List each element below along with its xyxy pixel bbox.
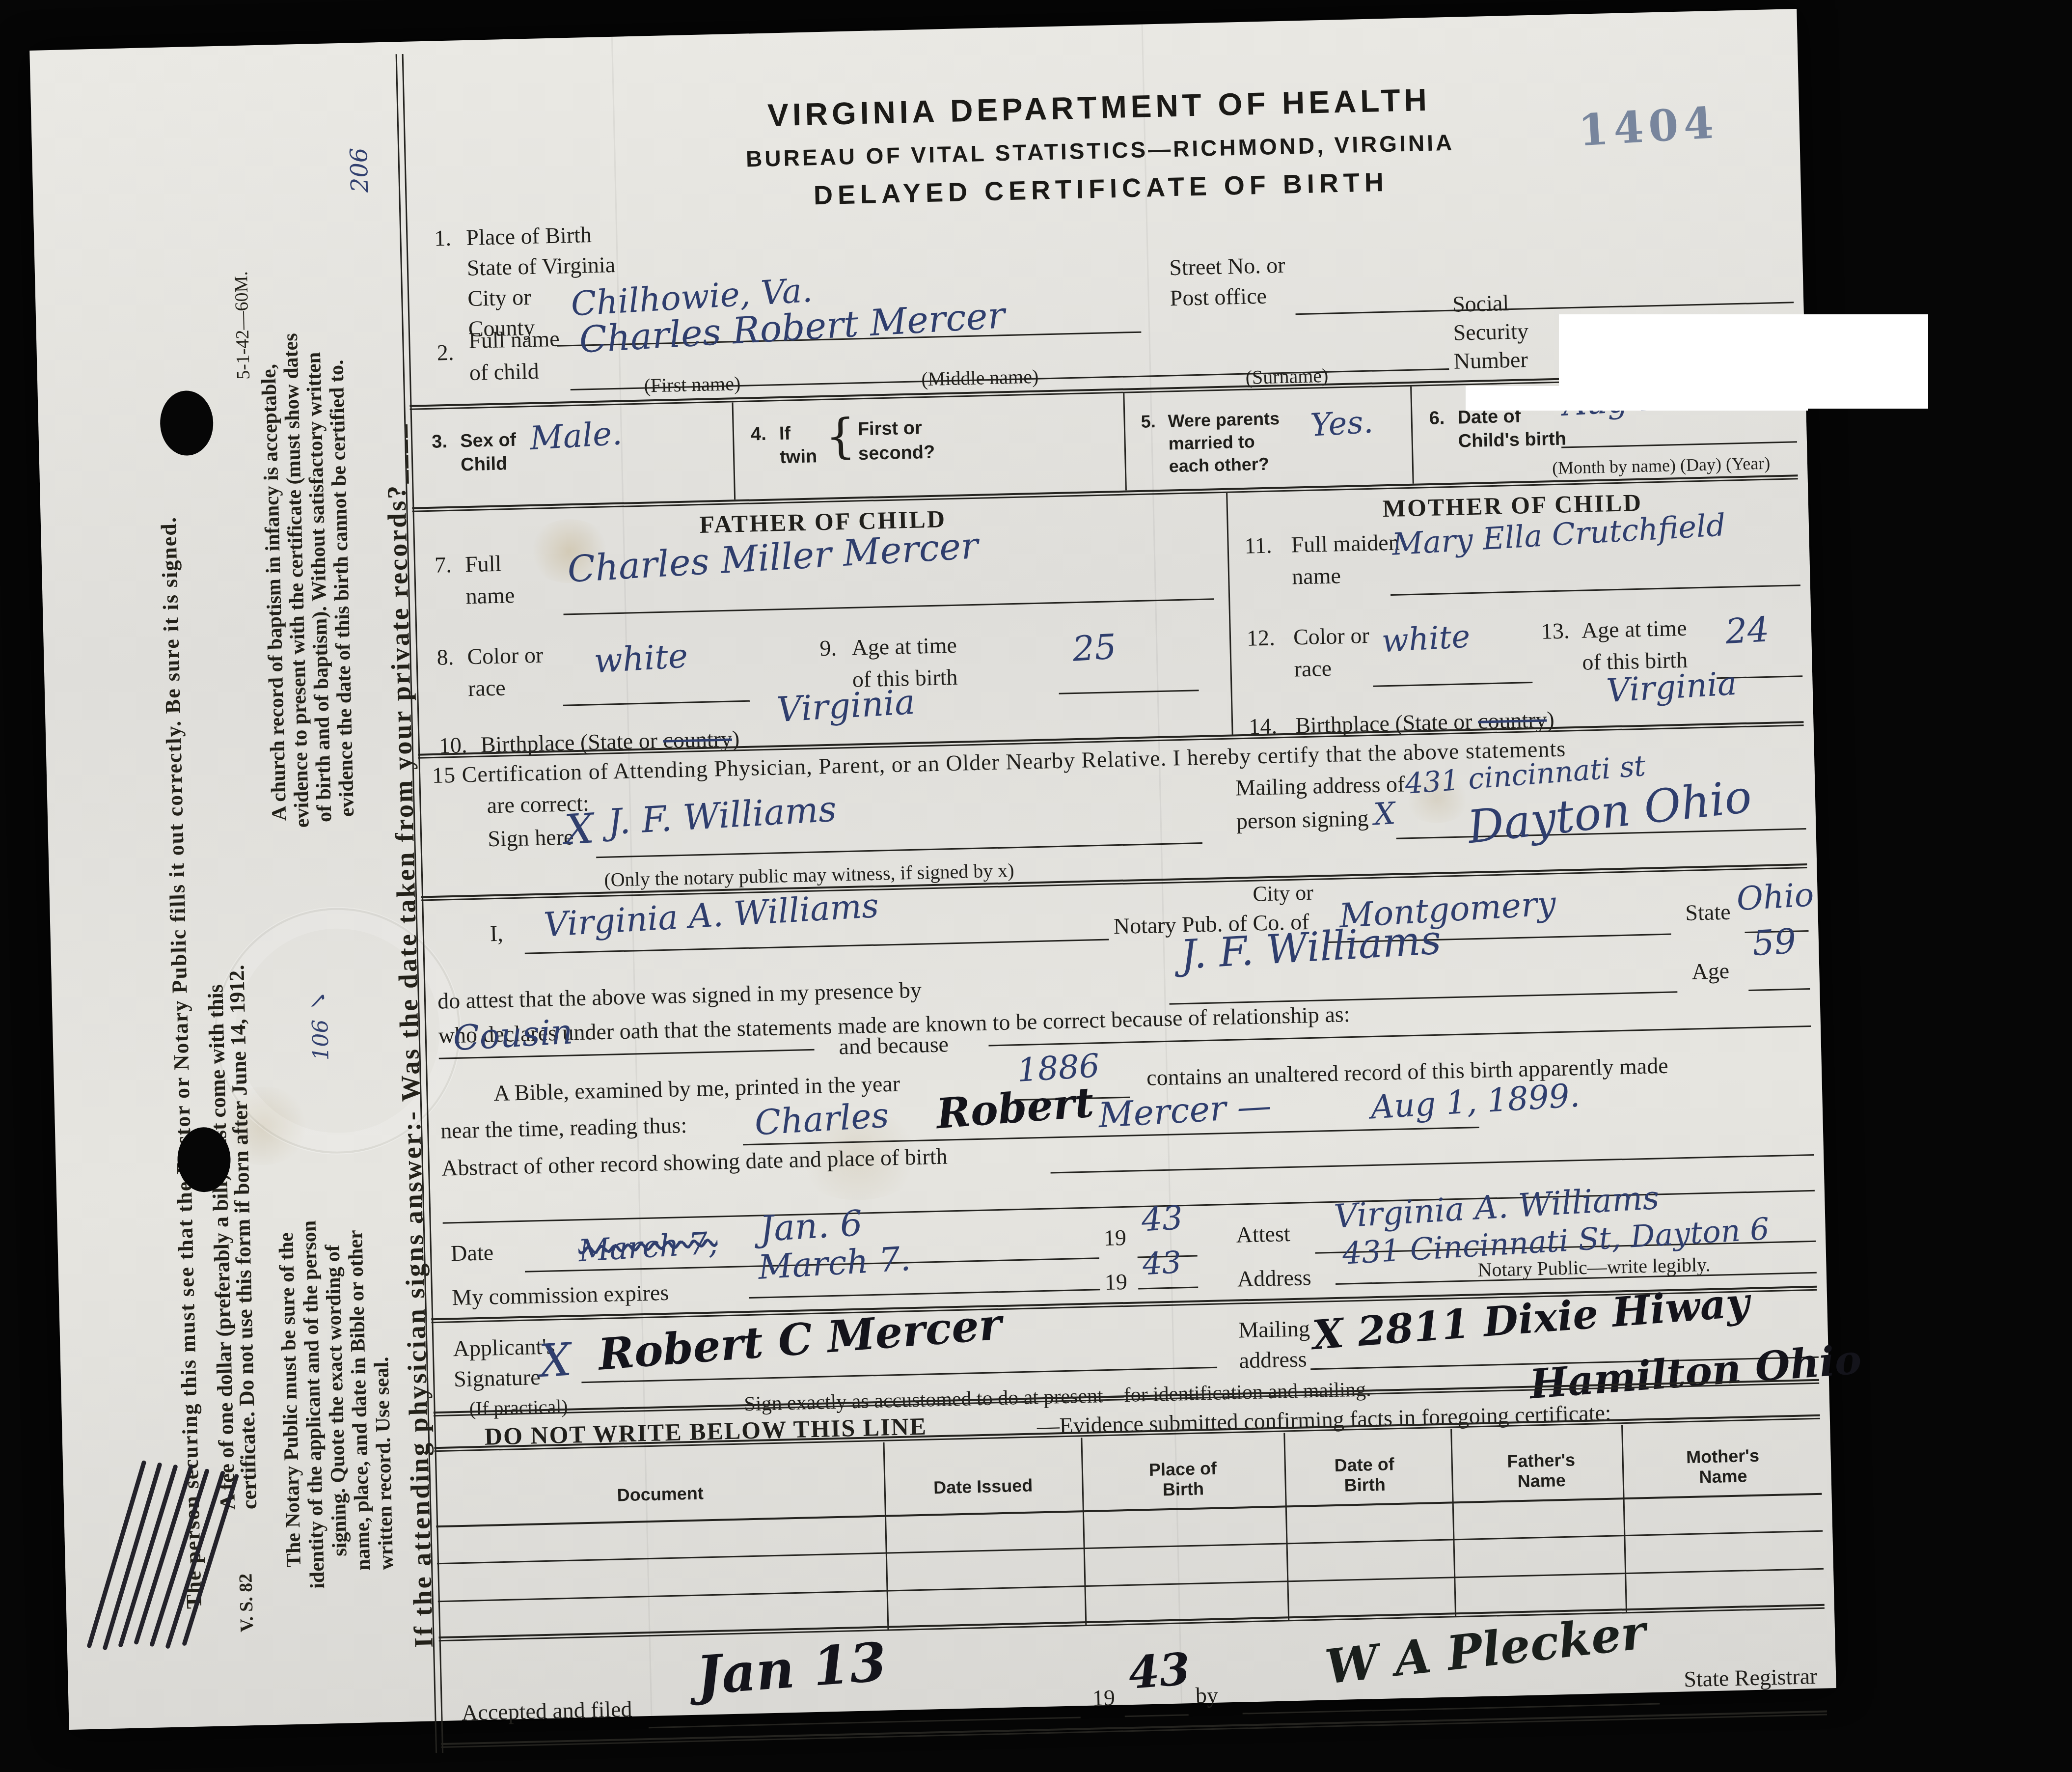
caption-middle-name: (Middle name) <box>921 365 1039 391</box>
caption-first-name: (First name) <box>644 372 741 397</box>
table-header-date-issued: Date Issued <box>886 1474 1080 1499</box>
cell-divider <box>1410 387 1414 484</box>
item12-label-line1: Color or <box>1293 622 1369 650</box>
certificate-number-stamp: 1404 <box>1577 97 1720 156</box>
margin-annotation-mid: 106 ✓ <box>305 923 334 1061</box>
post-office-underline <box>1296 302 1794 315</box>
item12-label-line2: race <box>1294 655 1332 682</box>
certificate-paper: The person securing this must see that t… <box>29 9 1836 1730</box>
field-age-value: 59 <box>1751 921 1798 964</box>
margin-form-code: 5-1-42—60M. <box>228 188 254 380</box>
presence-underline <box>1170 991 1678 1004</box>
item2-label-line1: Full name <box>468 326 560 354</box>
ssn-label-line1: Social <box>1452 290 1509 317</box>
item7-number: 7. <box>434 552 452 578</box>
bible-line1-post: contains an unaltered record of this bir… <box>1146 1052 1668 1091</box>
ssn-label-line2: Security <box>1453 318 1529 346</box>
item3-label-line2: Child <box>461 453 508 475</box>
notary-name-underline <box>525 939 1109 954</box>
field-mother-race-value: white <box>1381 618 1471 660</box>
date-year-printed: 19 <box>1103 1224 1126 1251</box>
table-column-line <box>883 1442 889 1630</box>
ssn-label-line3: Number <box>1453 346 1528 374</box>
field-date-year-value: 43 <box>1141 1199 1184 1239</box>
father-name-underline <box>564 598 1214 615</box>
twin-brace: { <box>825 408 856 464</box>
table-column-line <box>1621 1425 1627 1612</box>
table-column-line <box>1081 1438 1087 1625</box>
item4-number: 4. <box>751 424 767 445</box>
abstract-underline <box>1051 1154 1814 1174</box>
item4-option2: second? <box>858 442 935 465</box>
address-label: Address <box>1237 1264 1311 1292</box>
item5-label-line3: each other? <box>1169 454 1269 477</box>
father-race-underline <box>563 700 750 706</box>
item11-label-line2: name <box>1292 562 1341 589</box>
item1-label-state: State of Virginia <box>466 251 615 281</box>
table-header-place-of-birth: Place of Birth <box>1138 1458 1227 1500</box>
birth-date-underline <box>1561 441 1797 448</box>
field-father-age-value: 25 <box>1071 627 1118 669</box>
accepted-label: Accepted and filed <box>462 1696 633 1726</box>
item8-label-line1: Color or <box>467 642 544 670</box>
scribble-strokes <box>85 1461 241 1648</box>
mailing-x-mark: X <box>1372 795 1396 832</box>
father-age-underline <box>1059 690 1199 694</box>
item5-number: 5. <box>1141 411 1156 432</box>
table-column-line <box>1283 1433 1289 1620</box>
sign-here-underline <box>596 842 1202 858</box>
field-reading-rest: Mercer — <box>1097 1085 1273 1135</box>
item4-label-line1: If <box>779 423 791 445</box>
item3-label-line1: Sex of <box>460 430 517 452</box>
attest-label: Attest <box>1236 1220 1290 1248</box>
applicant-x-mark: X <box>538 1333 573 1388</box>
field-accepted-date-value: Jan 13 <box>694 1631 889 1707</box>
accepted-date-underline <box>649 1717 1081 1728</box>
field-accepted-year-value: 43 <box>1127 1643 1192 1699</box>
pen-scribbles <box>70 1431 261 1651</box>
field-date-value: Jan. 6 <box>759 1202 864 1249</box>
field-reading-overwrite: Robert <box>934 1078 1095 1138</box>
field-parents-married-value: Yes. <box>1309 404 1374 443</box>
item12-number: 12. <box>1246 624 1275 651</box>
item9-label-line1: Age at time <box>851 632 957 661</box>
field-mother-birthplace-value: Virginia <box>1606 664 1738 710</box>
field-signer-signature: J. F. Williams <box>606 788 838 843</box>
item13-label-line1: Age at time <box>1581 615 1687 643</box>
item13-number: 13. <box>1541 617 1570 644</box>
item6-label-line2: Child's birth <box>1458 428 1566 452</box>
item8-number: 8. <box>436 644 454 670</box>
item6-number: 6. <box>1429 408 1445 429</box>
mother-name-underline <box>1390 584 1800 596</box>
if-practical-caption: (If practical) <box>469 1395 568 1420</box>
field-relationship-value: Cousin <box>452 1011 574 1058</box>
age-label: Age <box>1691 958 1730 985</box>
item1-label-place: Place of Birth <box>466 221 592 250</box>
item5-label-line2: married to <box>1168 431 1255 454</box>
table-row-line <box>438 1568 1824 1603</box>
item4-label-line2: twin <box>780 446 818 468</box>
item2-label-line2: of child <box>469 358 539 386</box>
notary-i-label: I, <box>490 920 503 947</box>
abstract-label: Abstract of other record showing date an… <box>441 1143 948 1181</box>
street-label-line1: Street No. or <box>1169 252 1286 281</box>
item8-label-line2: race <box>467 674 506 701</box>
field-applicant-mailing-street: X 2811 Dixie Hiway <box>1311 1279 1751 1359</box>
table-header-date-of-birth: Date of Birth <box>1320 1454 1409 1496</box>
item1-number: 1. <box>434 225 452 251</box>
item3-number: 3. <box>432 431 448 453</box>
item11-label-line1: Full maiden <box>1291 529 1400 557</box>
field-reading-first: Charles <box>754 1095 890 1143</box>
applicant-label-line2: Signature <box>454 1364 541 1392</box>
table-header-document: Document <box>439 1479 881 1510</box>
mailing-label-line1: Mailing <box>1238 1315 1310 1343</box>
item4-option1: First or <box>857 417 922 440</box>
accepted-by-label: by <box>1195 1682 1218 1709</box>
accepted-year-printed: 19 <box>1092 1685 1115 1711</box>
mailing-label-line2: address <box>1239 1346 1307 1373</box>
table-header-fathers-name: Father's Name <box>1497 1449 1586 1492</box>
item7-label-line1: Full <box>464 551 501 578</box>
field-notary-state-value: Ohio <box>1736 876 1815 918</box>
state-registrar-label: State Registrar <box>1684 1663 1818 1692</box>
item9-number: 9. <box>819 635 837 662</box>
table-column-line <box>1450 1429 1456 1616</box>
commission-label: My commission expires <box>452 1279 669 1310</box>
item11-number: 11. <box>1244 532 1272 559</box>
commission-underline <box>749 1289 1100 1299</box>
item5-label-line1: Were parents <box>1168 408 1280 431</box>
item2-number: 2. <box>436 339 454 366</box>
street-label-line2: Post office <box>1170 283 1267 311</box>
birth-date-caption: (Month by name) (Day) (Year) <box>1552 453 1771 478</box>
table-header-mothers-name: Mother's Name <box>1678 1445 1768 1488</box>
attest-presence-line: do attest that the above was signed in m… <box>437 977 922 1014</box>
notary-state-label: State <box>1685 899 1731 926</box>
item7-label-line2: name <box>465 582 515 609</box>
scanned-document-canvas: The person securing this must see that t… <box>0 0 2072 1772</box>
father-mother-divider <box>1226 493 1233 736</box>
mailing-address-label-line2: person signing <box>1236 805 1369 834</box>
field-mother-age-value: 24 <box>1724 609 1771 652</box>
table-row-line <box>437 1530 1823 1565</box>
field-commission-year-value: 43 <box>1142 1244 1182 1282</box>
age-underline <box>1748 988 1810 991</box>
field-father-birthplace-value: Virginia <box>776 682 916 730</box>
sign-here-x-mark: X <box>563 804 595 854</box>
cell-divider <box>732 402 736 499</box>
field-sex-value: Male. <box>529 414 623 457</box>
commission-year-underline <box>1138 1287 1198 1290</box>
cell-divider <box>1123 393 1127 491</box>
mother-race-underline <box>1373 682 1532 687</box>
accepted-year-underline <box>1125 1714 1189 1717</box>
redaction-strip <box>1466 386 1808 411</box>
sign-here-label: Sign here <box>488 824 574 852</box>
field-date-struck: March 7, <box>577 1225 718 1269</box>
field-applicant-mailing-city: Hamilton Ohio <box>1528 1336 1863 1408</box>
margin-annotation-top: 206 <box>344 99 374 193</box>
bible-line2: near the time, reading thus: <box>440 1112 687 1144</box>
field-father-race-value: white <box>593 637 689 681</box>
date-label: Date <box>451 1239 494 1266</box>
item1-label-city: City or <box>467 284 531 311</box>
registrar-signature-underline <box>1243 1703 1660 1715</box>
notary-city-or-label: City or <box>1253 880 1314 907</box>
commission-year-printed: 19 <box>1104 1269 1127 1295</box>
field-commission-value: March 7. <box>757 1240 912 1287</box>
and-because-label: and because <box>839 1031 949 1059</box>
